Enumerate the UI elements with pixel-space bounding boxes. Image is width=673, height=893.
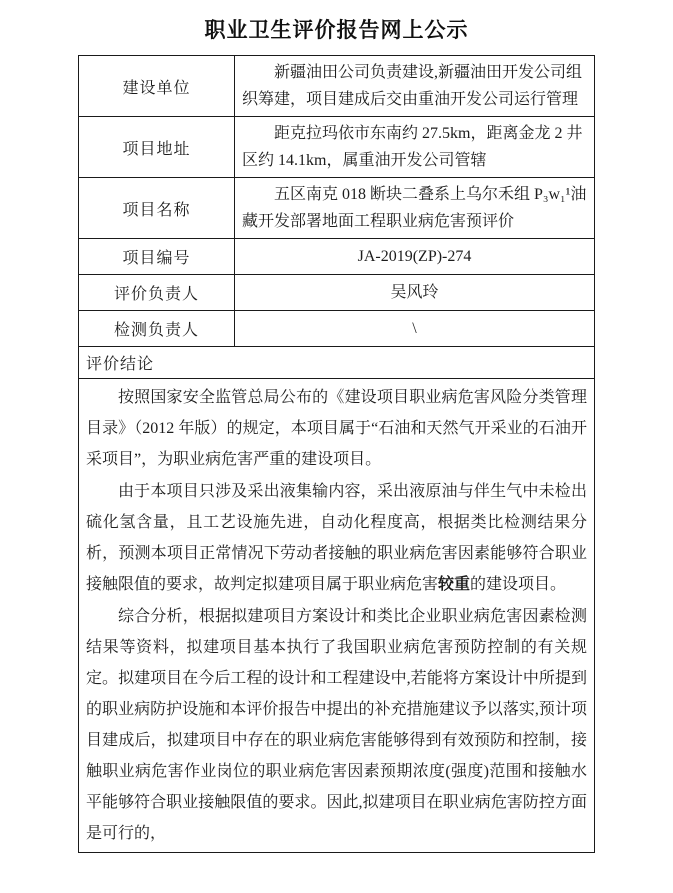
row-conclusion-body: 按照国家安全监管总局公布的《建设项目职业病危害风险分类管理目录》（2012 年版…	[79, 379, 595, 853]
project-name-label: 项目名称	[79, 178, 235, 239]
conclusion-paragraph-1: 按照国家安全监管总局公布的《建设项目职业病危害风险分类管理目录》（2012 年版…	[86, 382, 587, 475]
conclusion-paragraph-3: 综合分析，根据拟建项目方案设计和类比企业职业病危害因素检测结果等资料，拟建项目基…	[86, 601, 587, 849]
testing-lead-label: 检测负责人	[79, 311, 235, 347]
document-page: 职业卫生评价报告网上公示 建设单位 新疆油田公司负责建设,新疆油田开发公司组织筹…	[0, 0, 673, 853]
project-number-label: 项目编号	[79, 239, 235, 275]
testing-lead-value: \	[235, 311, 595, 347]
evaluation-lead-label: 评价负责人	[79, 275, 235, 311]
row-construction-unit: 建设单位 新疆油田公司负责建设,新疆油田开发公司组织筹建，项目建成后交由重油开发…	[79, 56, 595, 117]
construction-unit-value: 新疆油田公司负责建设,新疆油田开发公司组织筹建，项目建成后交由重油开发公司运行管…	[235, 56, 595, 117]
row-conclusion-label: 评价结论	[79, 347, 595, 379]
project-number-value: JA-2019(ZP)-274	[235, 239, 595, 275]
row-testing-lead: 检测负责人 \	[79, 311, 595, 347]
page-title: 职业卫生评价报告网上公示	[0, 14, 673, 44]
construction-unit-label: 建设单位	[79, 56, 235, 117]
project-name-value: 五区南克 018 断块二叠系上乌尔禾组 P₃w₁¹油藏开发部署地面工程职业病危害…	[235, 178, 595, 239]
conclusion-paragraph-2: 由于本项目只涉及采出液集输内容，采出液原油与伴生气中未检出硫化氢含量，且工艺设施…	[86, 476, 587, 600]
row-evaluation-lead: 评价负责人 吴风玲	[79, 275, 595, 311]
conclusion-body: 按照国家安全监管总局公布的《建设项目职业病危害风险分类管理目录》（2012 年版…	[79, 379, 595, 853]
evaluation-lead-value: 吴风玲	[235, 275, 595, 311]
row-project-address: 项目地址 距克拉玛依市东南约 27.5km，距离金龙 2 井区约 14.1km，…	[79, 117, 595, 178]
conclusion-paragraph-2-bold: 较重	[438, 576, 470, 593]
conclusion-label: 评价结论	[79, 347, 595, 379]
project-address-value: 距克拉玛依市东南约 27.5km，距离金龙 2 井区约 14.1km，属重油开发…	[235, 117, 595, 178]
conclusion-paragraph-2-post: 的建设项目。	[470, 576, 566, 593]
project-address-label: 项目地址	[79, 117, 235, 178]
row-project-name: 项目名称 五区南克 018 断块二叠系上乌尔禾组 P₃w₁¹油藏开发部署地面工程…	[79, 178, 595, 239]
row-project-number: 项目编号 JA-2019(ZP)-274	[79, 239, 595, 275]
report-table: 建设单位 新疆油田公司负责建设,新疆油田开发公司组织筹建，项目建成后交由重油开发…	[78, 55, 595, 853]
